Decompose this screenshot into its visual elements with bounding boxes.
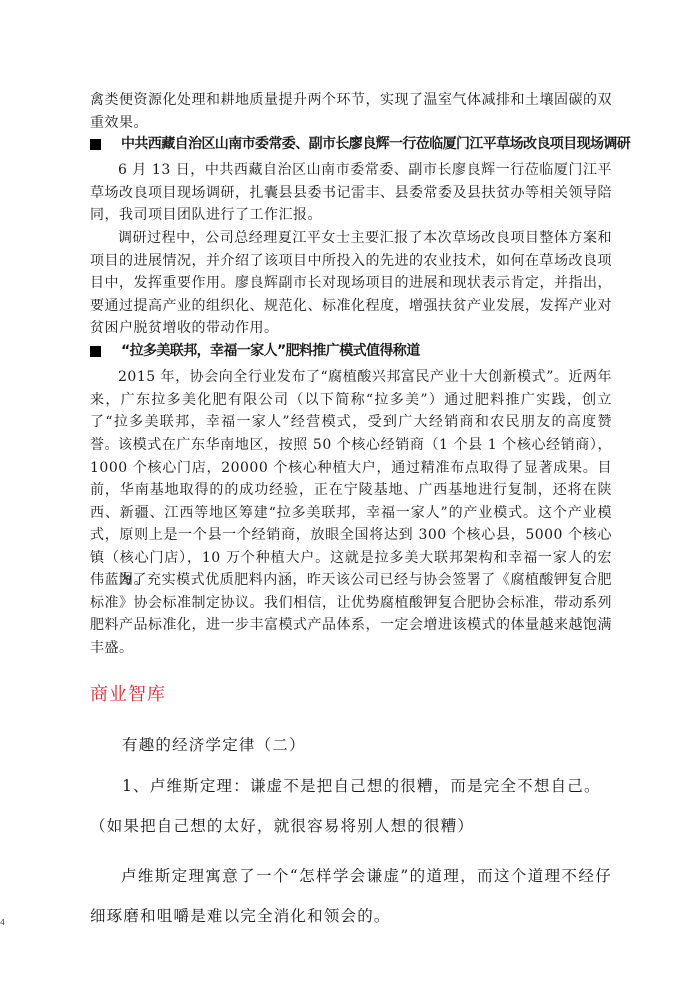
news-heading-text: 中共西藏自治区山南市委常委、副市长廖良辉一行莅临厦门江平草场改良项目现场调研 (121, 134, 630, 154)
news-heading-text: “拉多美联邦，幸福一家人”肥料推广模式值得称道 (121, 341, 420, 361)
article-title: 有趣的经济学定律（二） (122, 735, 612, 755)
news-heading-shannan-visit: 中共西藏自治区山南市委常委、副市长廖良辉一行莅临厦门江平草场改良项目现场调研 (90, 134, 630, 154)
news-heading-ladomei-model: “拉多美联邦，幸福一家人”肥料推广模式值得称道 (90, 341, 630, 361)
article-continuation-paragraph: 禽类便资源化处理和耕地质量提升两个环节，实现了温室气体减排和土壤固碳的双重效果。 (90, 89, 612, 134)
page-number: 4 (0, 918, 5, 927)
law-statement: 1、卢维斯定理：谦虚不是把自己想的很糟，而是完全不想自己。 (122, 776, 622, 796)
news1-paragraph-2: 调研过程中，公司总经理夏江平女士主要汇报了本次草场改良项目整体方案和项目的进展情… (90, 227, 612, 340)
law-explanation: 卢维斯定理寓意了一个“怎样学会谦虚”的道理，而这个道理不经仔细琢磨和咀嚼是难以完… (90, 856, 612, 936)
news2-paragraph-3: 为了充实模式优质肥料内涵，昨天该公司已经与协会签署了《腐植酸钾复合肥标准》协会标… (90, 569, 612, 659)
news1-paragraph-1: 6 月 13 日，中共西藏自治区山南市委常委、副市长廖良辉一行莅临厦门江平草场改… (90, 159, 612, 227)
law-note: （如果把自己想的太好，就很容易将别人想的很糟） (90, 816, 612, 836)
square-bullet-icon (90, 139, 101, 150)
section-title-business-think-tank: 商业智库 (90, 680, 166, 706)
square-bullet-icon (90, 346, 101, 357)
news2-paragraph-2: 该模式在广东华南地区，按照 50 个核心经销商（1 个县 1 个核心经销商），1… (90, 434, 612, 592)
